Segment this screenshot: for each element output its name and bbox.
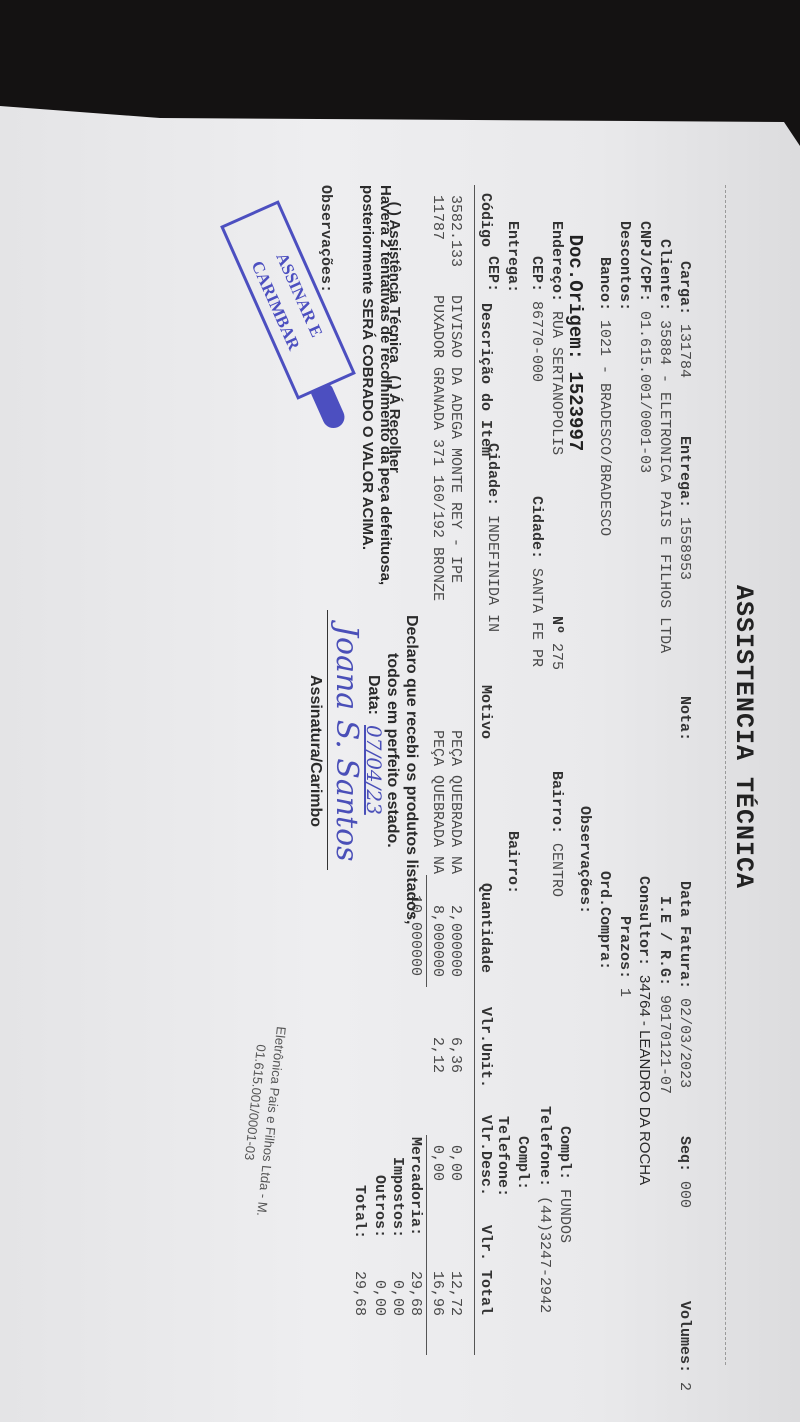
signature-line [327,610,328,870]
volumes-field: Volumes: 2 [659,1265,710,1391]
header-rule [474,185,475,1355]
impostos-value: 0,00 [389,1280,406,1316]
bairro-field: Bairro: CENTRO [531,735,582,897]
notice-line-2: posteriormente SERÁ COBRADO O VALOR ACIM… [359,185,376,550]
cidade-field: Cidade: SANTA FE PR [511,460,562,667]
declaration-line-1: Declaro que recebi os produtos listados, [402,615,420,924]
values-sum-rule [426,1135,427,1355]
tear-line [725,185,726,1365]
outros-label: Outros: [371,1175,388,1238]
col-vlr-desc: Vlr.Desc. [477,1115,494,1196]
notice-line-1: Haverá 2 tentativas de recolhimento da p… [377,185,394,585]
outros-value: 0,00 [371,1280,388,1316]
impostos-label: Impostos: [389,1157,406,1238]
form-title: ASSISTENCIA TÉCNICA [729,585,758,889]
stamp-pointing-hand-icon [310,382,348,431]
handwritten-signature: Joana S. Santos [329,625,364,862]
mercadoria-label: Mercadoria: [407,1137,424,1236]
col-vlr-unit: Vlr.Unit. [477,1007,494,1088]
col-codigo: Código [477,193,494,247]
assinar-carimbar-stamp: ASSINAR E CARIMBAR [220,200,356,400]
company-stamp: Eletrônica Pais e Filhos Ltda - M. 01.61… [234,1024,290,1217]
quantity-sum-rule [426,875,427,987]
col-quantidade: Quantidade [477,883,494,973]
total-value: 29,68 [351,1271,368,1316]
col-vlr-total: Vlr. Total [477,1225,494,1315]
signature-label: Assinatura/Carimbo [306,675,324,827]
assistencia-tecnica-form: ASSISTENCIA TÉCNICA Carga: 131784 Entreg… [240,185,760,1365]
data-label: Data: [364,675,382,715]
col-motivo: Motivo [477,685,494,739]
col-descricao: Descrição do Item [477,303,494,456]
total-label: Total: [351,1185,368,1239]
handwritten-date: 07/04/23 [362,725,386,815]
nota-field: Nota: [659,660,710,741]
observacoes-footer-label: Observações: [317,185,334,293]
delivery-bairro-label: Bairro: [487,795,538,894]
mercadoria-value: 29,68 [407,1271,424,1316]
